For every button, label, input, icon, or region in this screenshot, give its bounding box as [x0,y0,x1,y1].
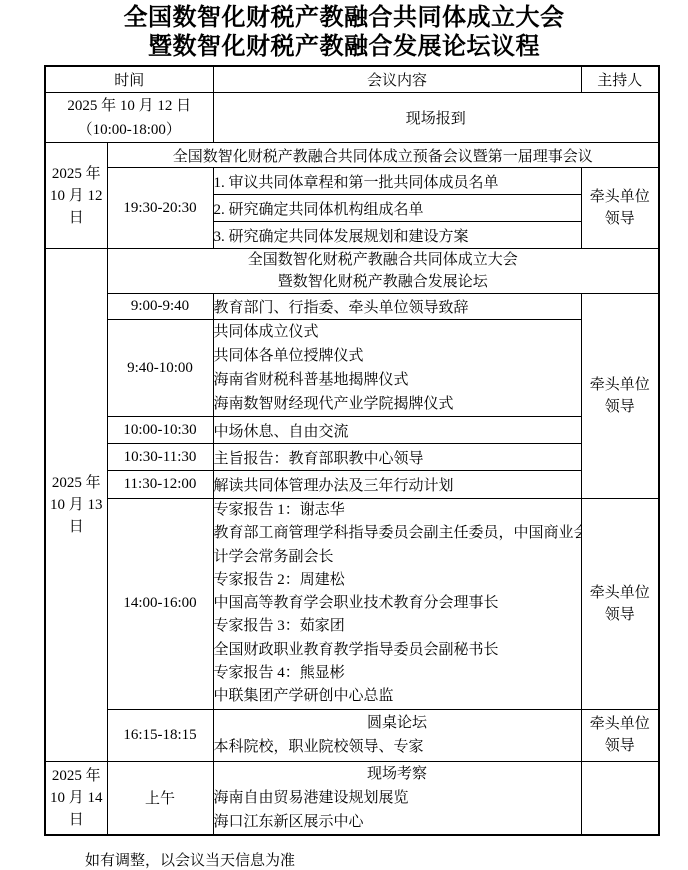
expert-report-line: 专家报告 3：茹家团 [214,615,581,638]
ceremony-line: 共同体各单位授牌仪式 [214,344,581,368]
cell-s3-activity: 中场休息、自由交流 [213,417,581,444]
expert-report-line: 专家报告 4：熊显彬 [214,662,581,685]
cell-afternoon-time: 14:00-16:00 [107,499,213,710]
host-label-line: 牵头单位 [582,186,659,208]
host-label-line: 领导 [582,604,659,626]
row-checkin: 2025 年 10 月 12 日 （10:00-18:00） 现场报到 [45,93,659,143]
cell-expert-reports: 专家报告 1：谢志华 教育部工商管理学科指导委员会副主任委员，中国商业会 计学会… [213,499,581,710]
day3-date-line: 10 月 13 [46,494,107,516]
document-title: 全国数智化财税产教融合共同体成立大会 暨数智化财税产教融合发展论坛议程 [0,0,688,62]
roundtable-participants: 本科院校，职业院校领导、专家 [214,735,581,759]
header-cell-host: 主持人 [581,66,659,93]
document-title-line1: 全国数智化财税产教融合共同体成立大会 [0,4,688,33]
expert-report-line: 计学会常务副会长 [214,546,581,569]
forum-title-line: 暨数智化财税产教融合发展论坛 [108,271,659,293]
cell-s5-activity: 解读共同体管理办法及三年行动计划 [213,471,581,499]
day4-date-line: 2025 年 [46,765,107,787]
row-session-opening: 9:00-9:40 教育部门、行指委、牵头单位领导致辞 牵头单位 领导 [45,294,659,320]
cell-prep-agenda-item: 2. 研究确定共同体机构组成名单 [213,195,581,222]
ceremony-line: 共同体成立仪式 [214,320,581,344]
row-session-keynote: 10:30-11:30 主旨报告：教育部职教中心领导 [45,444,659,471]
expert-report-line: 全国财政职业教育教学指导委员会副秘书长 [214,639,581,662]
day3-date-line: 日 [46,516,107,538]
row-prep-meeting-title: 2025 年 10 月 12 日 全国数智化财税产教融合共同体成立预备会议暨第一… [45,143,659,168]
cell-day2-date: 2025 年 10 月 12 日 [45,143,107,249]
document-title-line2: 暨数智化财税产教融合发展论坛议程 [0,33,688,62]
footer-note: 如有调整，以会议当天信息为准 [85,849,688,870]
day3-date-line: 2025 年 [46,472,107,494]
cell-roundtable: 圆桌论坛 本科院校，职业院校领导、专家 [213,709,581,761]
expert-report-line: 专家报告 2：周建松 [214,569,581,592]
row-session-break: 10:00-10:30 中场休息、自由交流 [45,417,659,444]
row-session-expert-reports: 14:00-16:00 专家报告 1：谢志华 教育部工商管理学科指导委员会副主任… [45,499,659,710]
host-label-line: 领导 [582,735,659,757]
forum-title-line: 全国数智化财税产教融合共同体成立大会 [108,249,659,271]
day2-date-line: 日 [46,207,107,229]
cell-day3-date: 2025 年 10 月 13 日 [45,249,107,762]
cell-day4-host-empty [581,761,659,835]
row-session-roundtable: 16:15-18:15 圆桌论坛 本科院校，职业院校领导、专家 牵头单位 领导 [45,709,659,761]
day2-date-line: 10 月 12 [46,185,107,207]
cell-roundtable-time: 16:15-18:15 [107,709,213,761]
cell-afternoon-host: 牵头单位 领导 [581,499,659,710]
cell-day2-time: 19:30-20:30 [107,168,213,249]
host-label-line: 领导 [582,208,659,230]
host-label-line: 牵头单位 [582,713,659,735]
cell-prep-meeting-title: 全国数智化财税产教融合共同体成立预备会议暨第一届理事会议 [107,143,659,168]
day2-date-line: 2025 年 [46,163,107,185]
cell-s1-activity: 教育部门、行指委、牵头单位领导致辞 [213,294,581,320]
cell-morning-host: 牵头单位 领导 [581,294,659,499]
ceremony-line: 海南数智财经现代产业学院揭牌仪式 [214,392,581,416]
cell-roundtable-host: 牵头单位 领导 [581,709,659,761]
agenda-table: 时间 会议内容 主持人 2025 年 10 月 12 日 （10:00-18:0… [44,65,660,836]
header-cell-time: 时间 [45,66,213,93]
cell-checkin-activity: 现场报到 [213,93,659,143]
header-cell-content: 会议内容 [213,66,581,93]
cell-s1-time: 9:00-9:40 [107,294,213,320]
roundtable-title: 圆桌论坛 [214,711,581,735]
cell-day2-host: 牵头单位 领导 [581,168,659,249]
cell-site-visit: 现场考察 海南自由贸易港建设规划展览 海口江东新区展示中心 [213,761,581,835]
agenda-document: { "title": { "line1": "全国数智化财税产教融合共同体成立大… [0,0,688,868]
row-site-visit: 2025 年 10 月 14 日 上午 现场考察 海南自由贸易港建设规划展览 海… [45,761,659,835]
row-prep-agenda-1: 19:30-20:30 1. 审议共同体章程和第一批共同体成员名单 牵头单位 领… [45,168,659,195]
expert-report-line: 中联集团产学研创中心总监 [214,685,581,708]
site-visit-line: 海南自由贸易港建设规划展览 [214,786,581,810]
cell-s4-activity: 主旨报告：教育部职教中心领导 [213,444,581,471]
expert-report-line: 教育部工商管理学科指导委员会副主任委员，中国商业会 [214,522,581,545]
cell-day4-time: 上午 [107,761,213,835]
host-label-line: 牵头单位 [582,582,659,604]
table-header-row: 时间 会议内容 主持人 [45,66,659,93]
cell-forum-title: 全国数智化财税产教融合共同体成立大会 暨数智化财税产教融合发展论坛 [107,249,659,294]
day1-date: 2025 年 10 月 12 日 [46,94,213,118]
cell-prep-agenda-item: 1. 审议共同体章程和第一批共同体成员名单 [213,168,581,195]
cell-s2-activities: 共同体成立仪式 共同体各单位授牌仪式 海南省财税科普基地揭牌仪式 海南数智财经现… [213,320,581,417]
site-visit-title: 现场考察 [214,762,581,786]
cell-prep-agenda-item: 3. 研究确定共同体发展规划和建设方案 [213,222,581,249]
cell-s3-time: 10:00-10:30 [107,417,213,444]
ceremony-line: 海南省财税科普基地揭牌仪式 [214,368,581,392]
day1-time-range: （10:00-18:00） [46,118,213,142]
expert-report-line: 中国高等教育学会职业技术教育分会理事长 [214,592,581,615]
host-label-line: 领导 [582,396,659,418]
row-session-policy: 11:30-12:00 解读共同体管理办法及三年行动计划 [45,471,659,499]
cell-s5-time: 11:30-12:00 [107,471,213,499]
row-session-ceremony: 9:40-10:00 共同体成立仪式 共同体各单位授牌仪式 海南省财税科普基地揭… [45,320,659,417]
cell-day1-datetime: 2025 年 10 月 12 日 （10:00-18:00） [45,93,213,143]
host-label-line: 牵头单位 [582,374,659,396]
cell-s4-time: 10:30-11:30 [107,444,213,471]
site-visit-line: 海口江东新区展示中心 [214,810,581,834]
cell-day4-date: 2025 年 10 月 14 日 [45,761,107,835]
day4-date-line: 日 [46,809,107,831]
expert-report-line: 专家报告 1：谢志华 [214,499,581,522]
cell-s2-time: 9:40-10:00 [107,320,213,417]
day4-date-line: 10 月 14 [46,787,107,809]
row-forum-title: 2025 年 10 月 13 日 全国数智化财税产教融合共同体成立大会 暨数智化… [45,249,659,294]
